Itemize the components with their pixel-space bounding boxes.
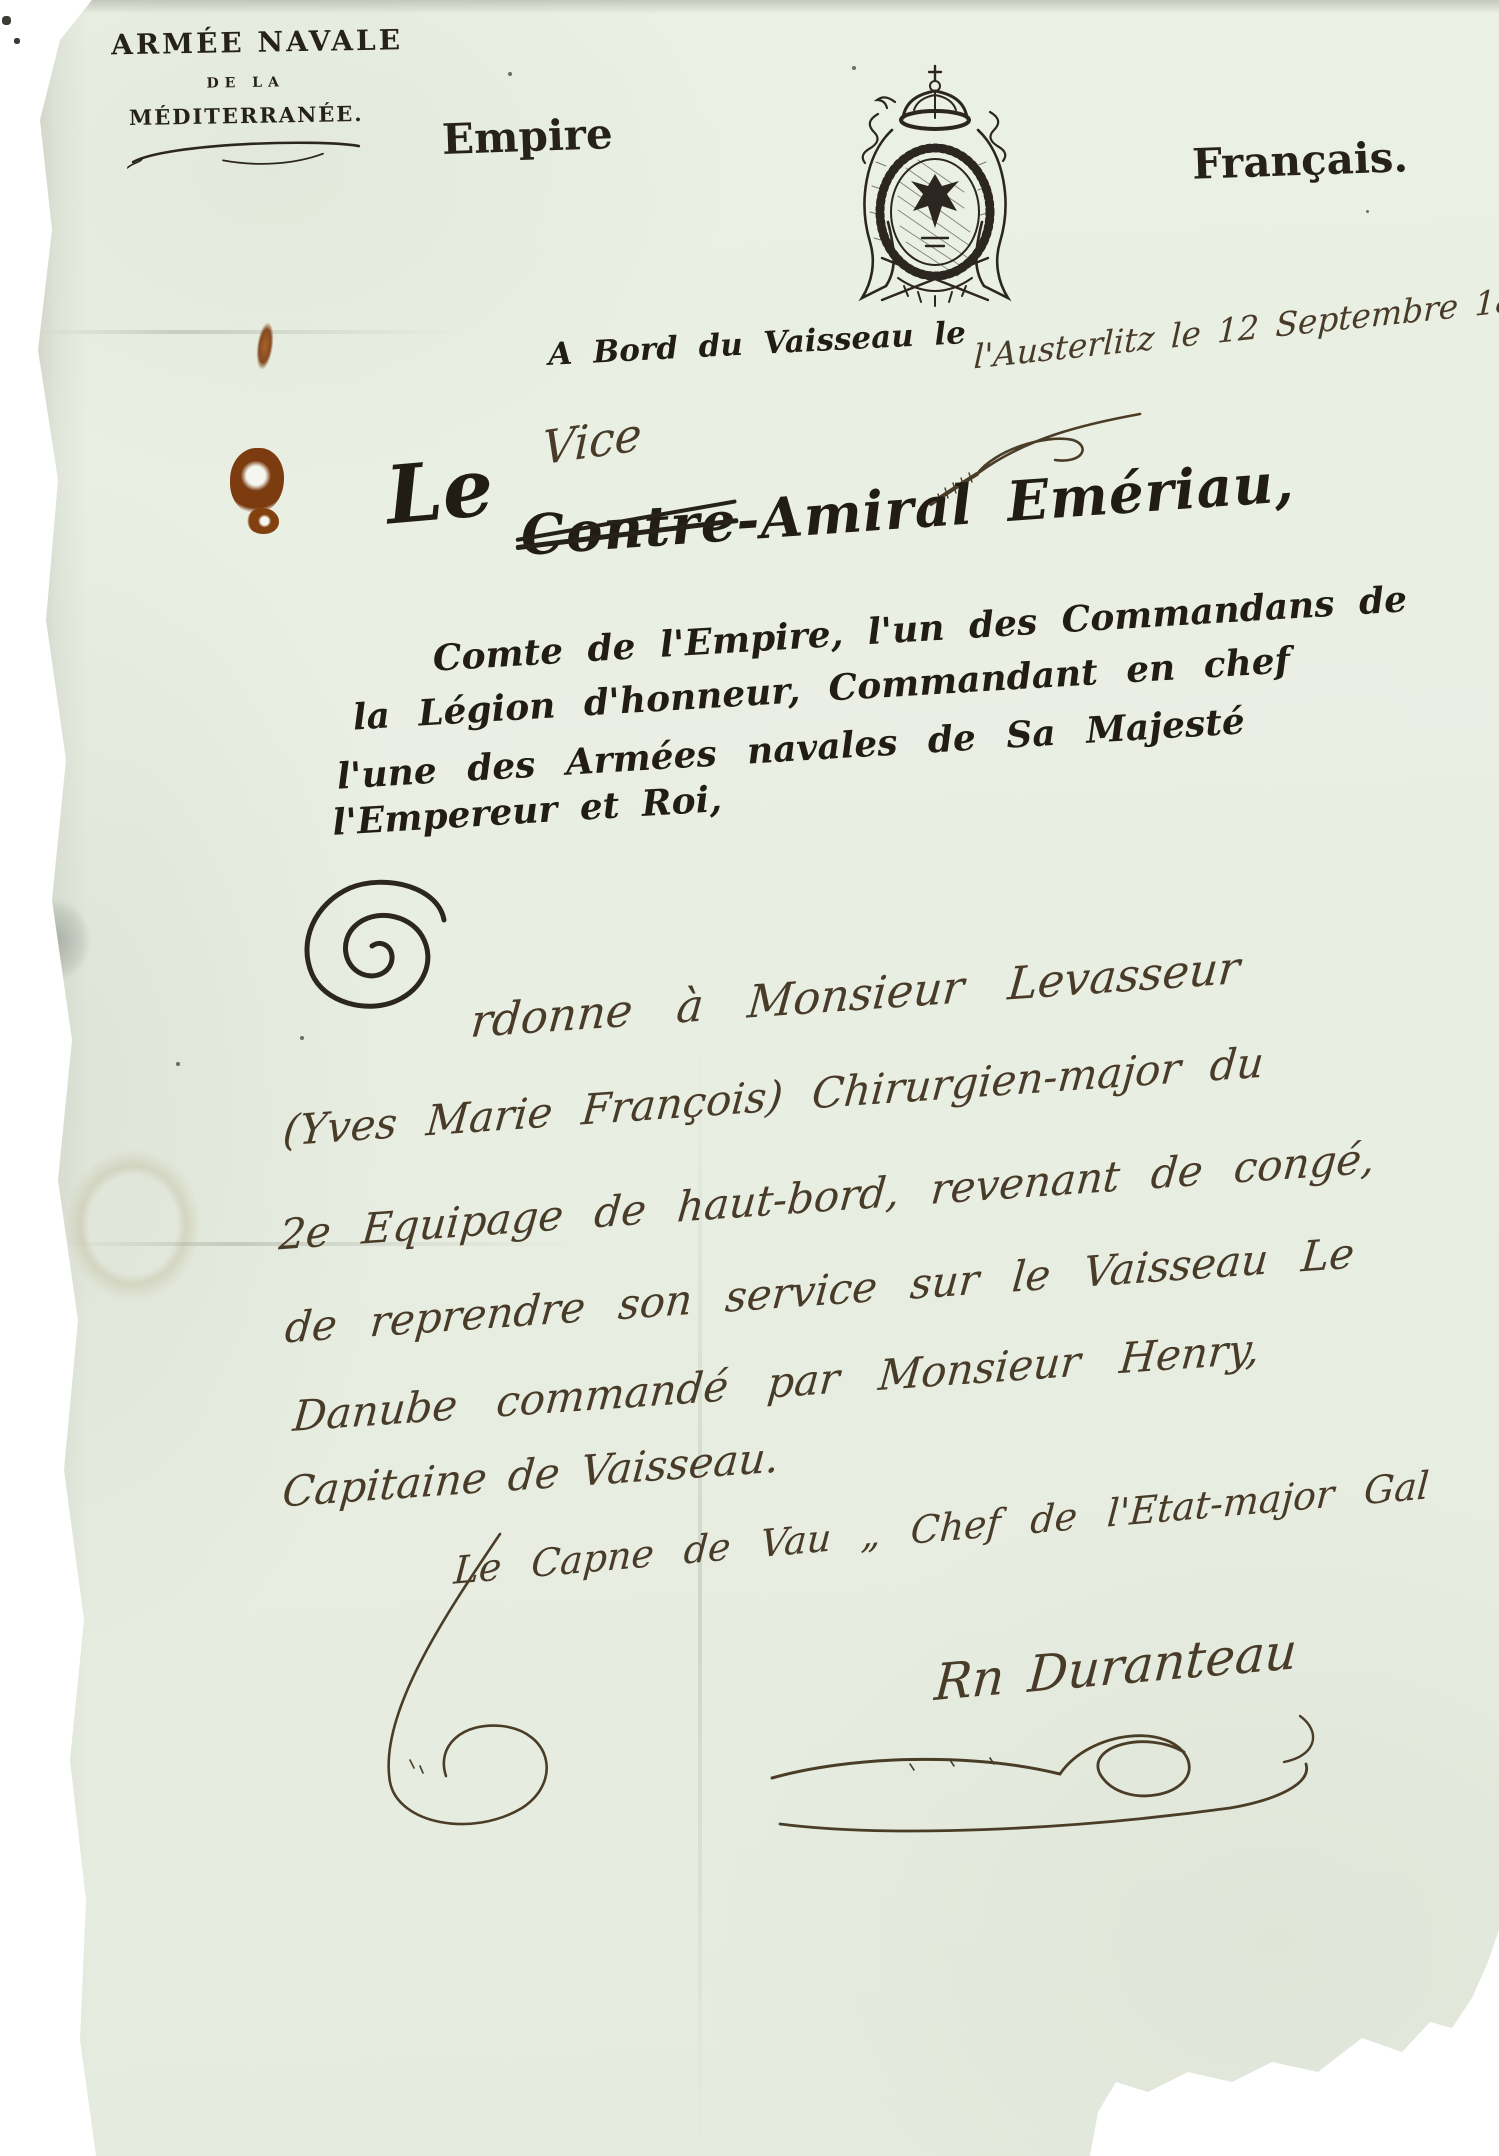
ink-speck — [508, 72, 512, 76]
header-empire: Empire — [441, 109, 613, 164]
faded-ring-stain — [48, 1130, 218, 1320]
rust-stain — [254, 321, 277, 371]
letterhead-line2: DE LA — [112, 73, 380, 94]
ink-speck — [176, 1062, 180, 1066]
letterhead: ARMÉE NAVALE DE LA MÉDITERRANÉE. — [111, 24, 381, 173]
wax-spot — [8, 888, 100, 993]
letterhead-line3: MÉDITERRANÉE. — [112, 101, 380, 131]
top-edge-shadow — [60, 0, 1499, 14]
letterhead-flourish-icon — [127, 134, 368, 172]
order-line-1: rdonne à Monsieur Levasseur — [469, 941, 1242, 1048]
signature-paraph-icon — [760, 1712, 1350, 1862]
torn-corner-fragment — [2, 16, 11, 25]
signature: Rn Duranteau — [933, 1622, 1299, 1712]
order-line-2: (Yves Marie François) Chirurgien-major d… — [281, 1038, 1266, 1156]
handwritten-correction: Vice — [542, 407, 643, 476]
rust-stain-hole — [230, 448, 284, 514]
closing-descender-flourish-icon — [350, 1530, 650, 1860]
ink-speck — [852, 66, 856, 70]
paper-crease — [40, 330, 460, 334]
ink-speck — [1366, 210, 1369, 213]
torn-left-edge-shadow — [18, 0, 88, 2156]
scanned-document: ARMÉE NAVALE DE LA MÉDITERRANÉE. Empire … — [0, 0, 1499, 2156]
dateline-printed: A Bord du Vaisseau le — [547, 315, 966, 373]
rust-stain-hole — [247, 508, 279, 534]
header-francais: Français. — [1191, 132, 1409, 189]
letterhead-line1: ARMÉE NAVALE — [111, 24, 380, 62]
struck-word: Contre — [519, 488, 739, 568]
dateline-handwritten: l'Austerlitz le 12 Septembre 1811, — [973, 275, 1499, 377]
ordonne-initial-spiral-icon — [292, 872, 472, 1022]
imperial-coat-of-arms-icon — [840, 62, 1020, 314]
salutation-article: Le — [382, 440, 497, 543]
paper-sheet: ARMÉE NAVALE DE LA MÉDITERRANÉE. Empire … — [0, 0, 1499, 2156]
ink-speck — [300, 1036, 304, 1040]
order-line-6: Capitaine de Vaisseau. — [280, 1432, 781, 1516]
torn-corner-fragment — [14, 38, 20, 44]
